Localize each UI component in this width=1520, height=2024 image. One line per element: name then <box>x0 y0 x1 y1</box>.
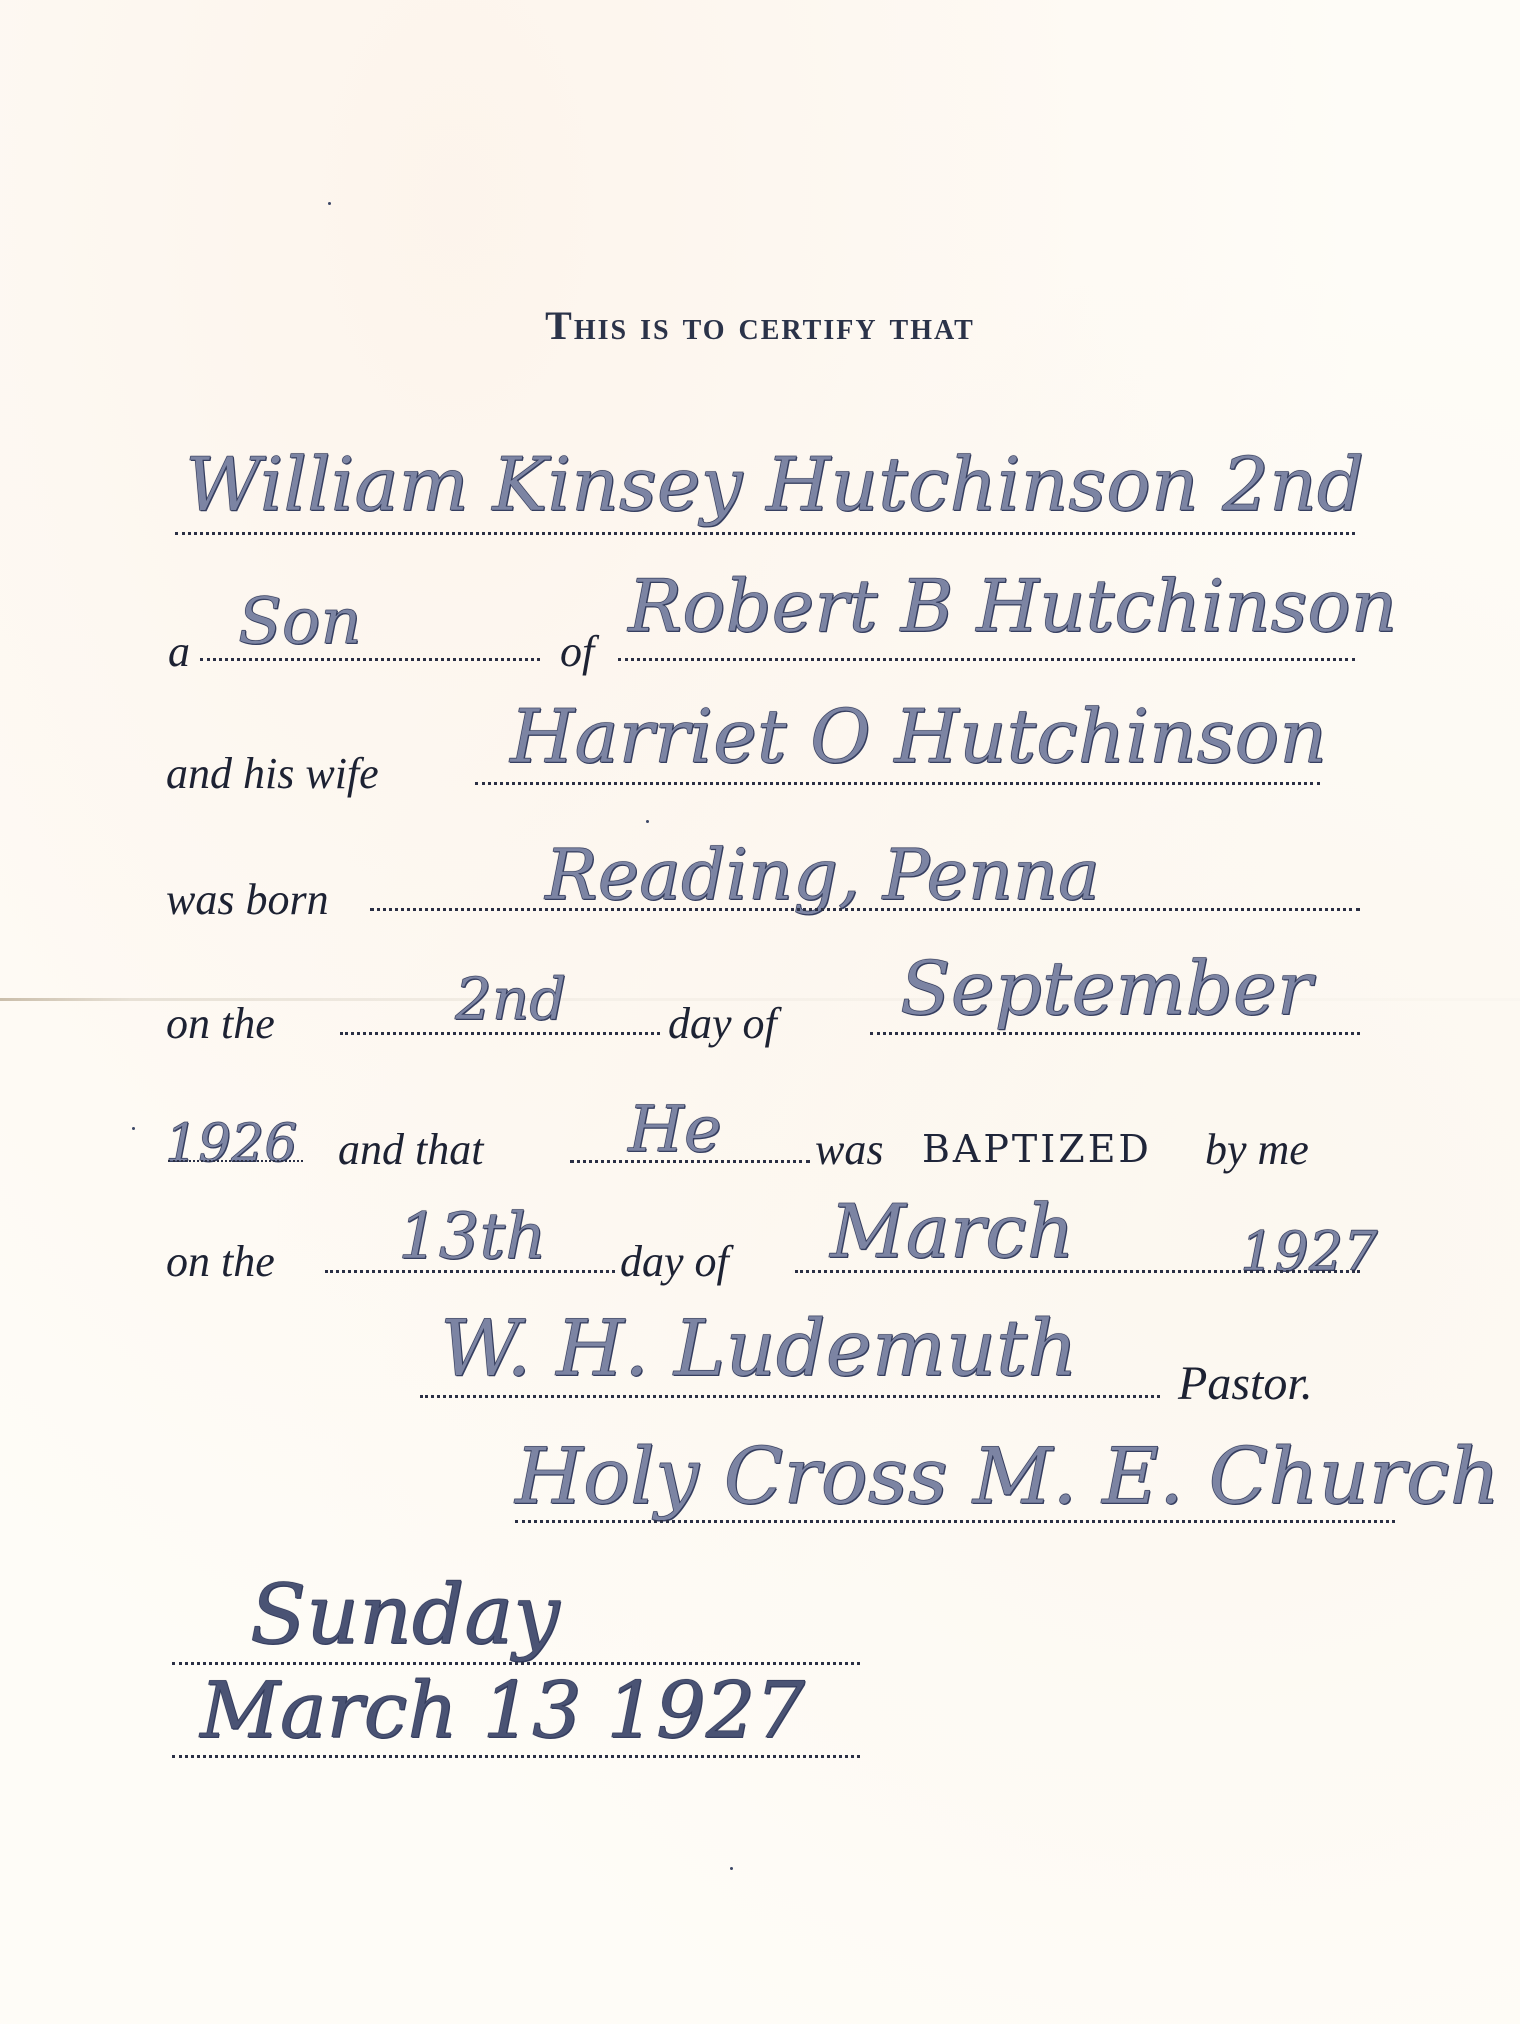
paper-speck <box>730 1867 733 1870</box>
baptism-day-line <box>325 1270 615 1273</box>
baptism-day: 13th <box>398 1205 546 1269</box>
mother-line <box>475 782 1320 785</box>
label-a: a <box>168 630 190 674</box>
birthplace-line <box>370 908 1360 911</box>
pronoun: He <box>628 1098 722 1162</box>
label-was: was <box>815 1128 883 1172</box>
day-of-week-note: Sunday <box>250 1575 560 1657</box>
date-note: March 13 1927 <box>200 1672 805 1750</box>
pastor-signature: W. H. Ludemuth <box>440 1310 1078 1388</box>
label-of: of <box>560 630 594 674</box>
date-note-line <box>172 1755 860 1758</box>
baptism-month: March <box>830 1195 1074 1269</box>
label-and-his-wife: and his wife <box>166 752 379 796</box>
paper-speck <box>646 820 649 823</box>
birth-day: 2nd <box>455 970 566 1028</box>
label-day-of-2: day of <box>620 1240 729 1284</box>
paper-speck <box>328 202 331 205</box>
relation: Son <box>238 590 362 654</box>
label-on-the-1: on the <box>166 1002 275 1046</box>
day-of-week-line <box>172 1662 860 1665</box>
mother-name: Harriet O Hutchinson <box>510 700 1327 774</box>
label-pastor: Pastor. <box>1178 1360 1313 1408</box>
label-day-of-1: day of <box>668 1002 777 1046</box>
church-name: Holy Cross M. E. Church <box>515 1438 1500 1516</box>
label-and-that: and that <box>338 1128 483 1172</box>
label-baptized: BAPTIZED <box>922 1130 1152 1168</box>
birth-day-line <box>340 1032 660 1035</box>
certificate-header: This is to certify that <box>0 302 1520 349</box>
birth-year-line <box>168 1160 303 1162</box>
birth-year: 1926 <box>165 1118 297 1170</box>
father-line <box>618 658 1355 661</box>
label-on-the-2: on the <box>166 1240 275 1284</box>
baptism-month-line <box>795 1270 1360 1273</box>
relation-line <box>200 658 540 661</box>
label-was-born: was born <box>166 878 329 922</box>
birth-month: September <box>900 952 1312 1026</box>
label-by-me: by me <box>1205 1128 1309 1172</box>
pronoun-line <box>570 1160 810 1163</box>
child-name: William Kinsey Hutchinson 2nd <box>185 448 1364 522</box>
church-line <box>515 1520 1395 1523</box>
paper-speck <box>132 1127 135 1130</box>
birthplace: Reading, Penna <box>545 840 1100 910</box>
pastor-line <box>420 1395 1160 1398</box>
birth-month-line <box>870 1032 1360 1035</box>
father-name: Robert B Hutchinson <box>628 570 1397 642</box>
child-name-line <box>175 532 1355 535</box>
